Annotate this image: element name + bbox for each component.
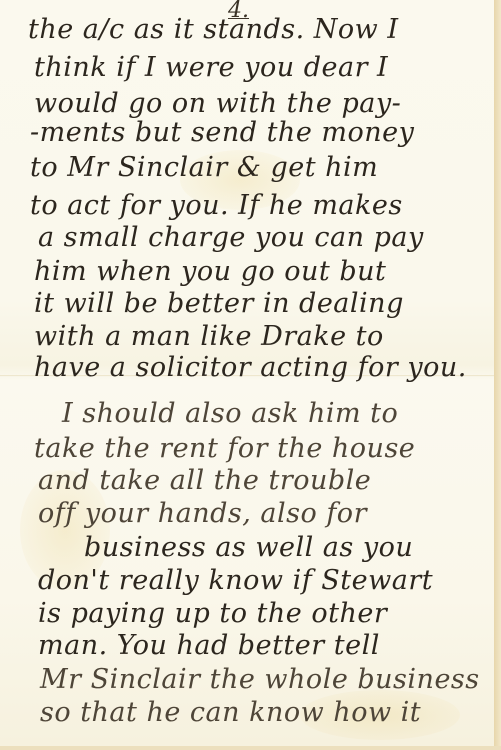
paper-edge xyxy=(0,746,501,750)
handwritten-line: take the rent for the house xyxy=(34,433,415,464)
handwritten-line: would go on with the pay- xyxy=(34,88,401,119)
handwritten-line: think if I were you dear I xyxy=(34,52,388,83)
handwritten-line: -ments but send the money xyxy=(30,117,414,148)
handwritten-line: off your hands, also for xyxy=(38,498,367,529)
paper-edge xyxy=(494,0,501,750)
letter-page: 4. the a/c as it stands. Now I think if … xyxy=(0,0,494,746)
handwritten-line: have a solicitor acting for you. xyxy=(34,352,467,383)
handwritten-line: to Mr Sinclair & get him xyxy=(30,152,378,183)
handwritten-line: business as well as you xyxy=(84,532,413,563)
handwritten-line: it will be better in dealing xyxy=(34,288,404,319)
handwritten-line: the a/c as it stands. Now I xyxy=(28,14,399,45)
handwritten-line: so that he can know how it xyxy=(40,697,421,728)
handwritten-line: don't really know if Stewart xyxy=(38,565,433,596)
handwritten-line: Mr Sinclair the whole business xyxy=(40,664,480,695)
handwritten-line: him when you go out but xyxy=(34,256,386,287)
handwritten-line: is paying up to the other xyxy=(38,598,387,629)
handwritten-line: man. You had better tell xyxy=(38,630,380,661)
handwritten-line: and take all the trouble xyxy=(38,465,371,496)
handwritten-line: I should also ask him to xyxy=(62,398,398,429)
handwritten-line: a small charge you can pay xyxy=(38,222,424,253)
handwritten-line: to act for you. If he makes xyxy=(30,190,403,221)
handwritten-line: with a man like Drake to xyxy=(34,321,384,352)
